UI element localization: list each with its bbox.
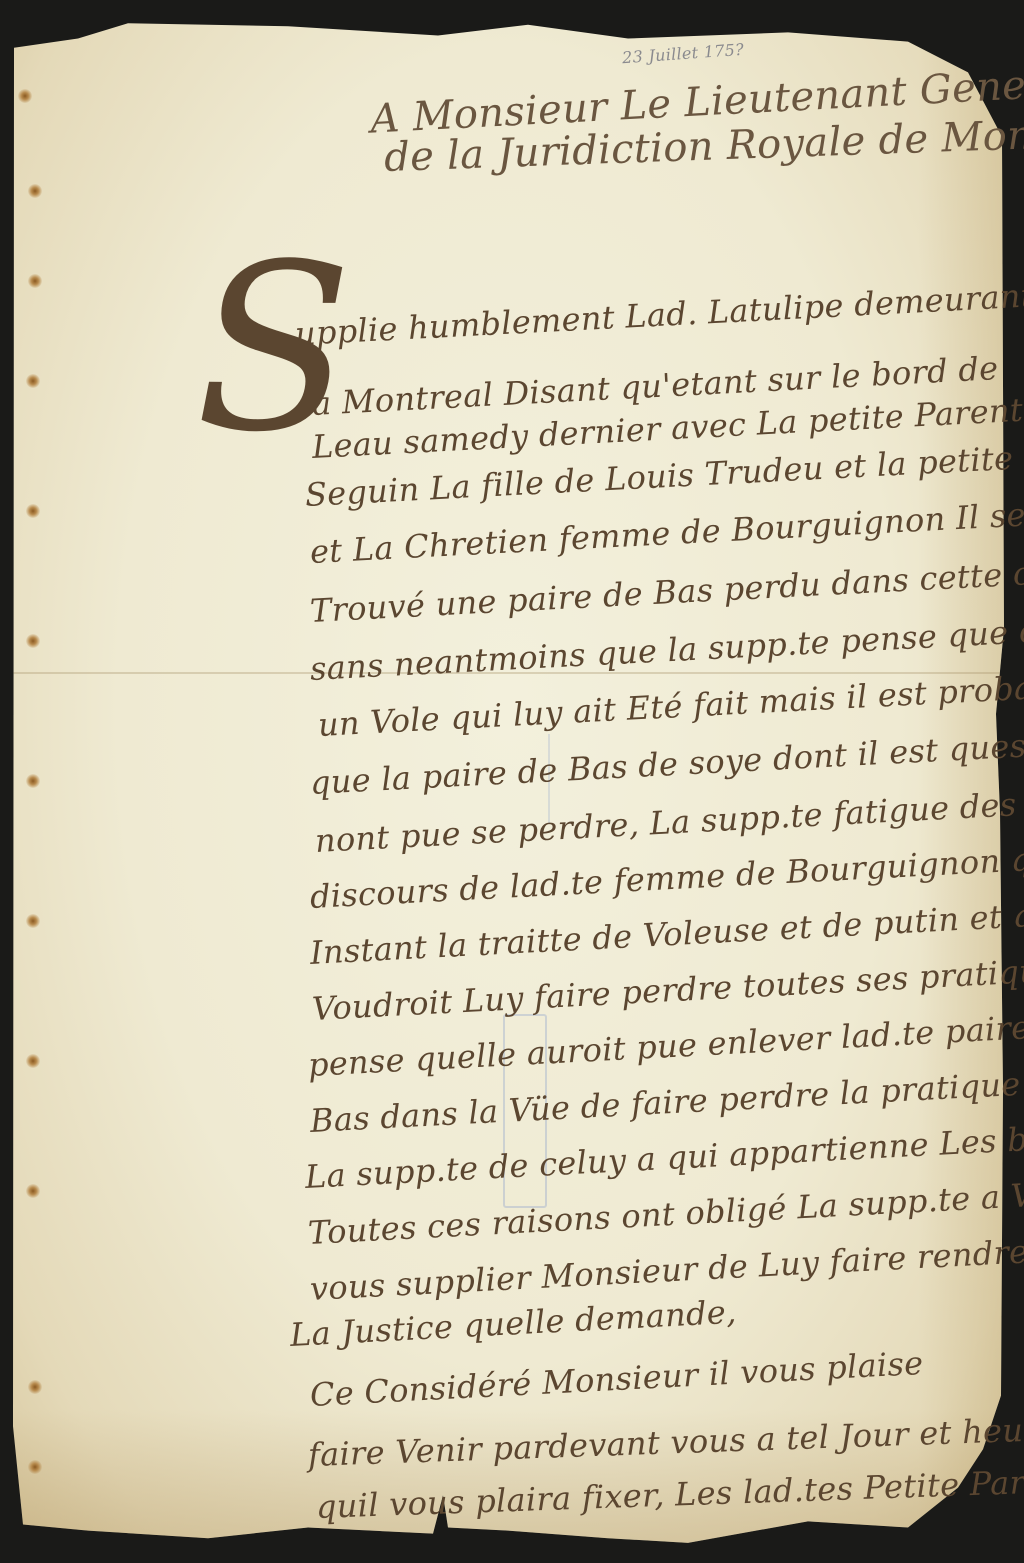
foxing-spot: [26, 914, 40, 928]
foxing-spot: [28, 184, 42, 198]
foxing-spot: [18, 89, 32, 103]
foxing-spot: [26, 1054, 40, 1068]
foxing-spot: [26, 634, 40, 648]
foxing-spot: [28, 1460, 42, 1474]
edge-stain-right: [918, 14, 1008, 1549]
foxing-spot: [26, 374, 40, 388]
foxing-spot: [28, 274, 42, 288]
foxing-spot: [26, 1184, 40, 1198]
foxing-spot: [28, 1380, 42, 1394]
foxing-spot: [26, 774, 40, 788]
foxing-spot: [26, 504, 40, 518]
